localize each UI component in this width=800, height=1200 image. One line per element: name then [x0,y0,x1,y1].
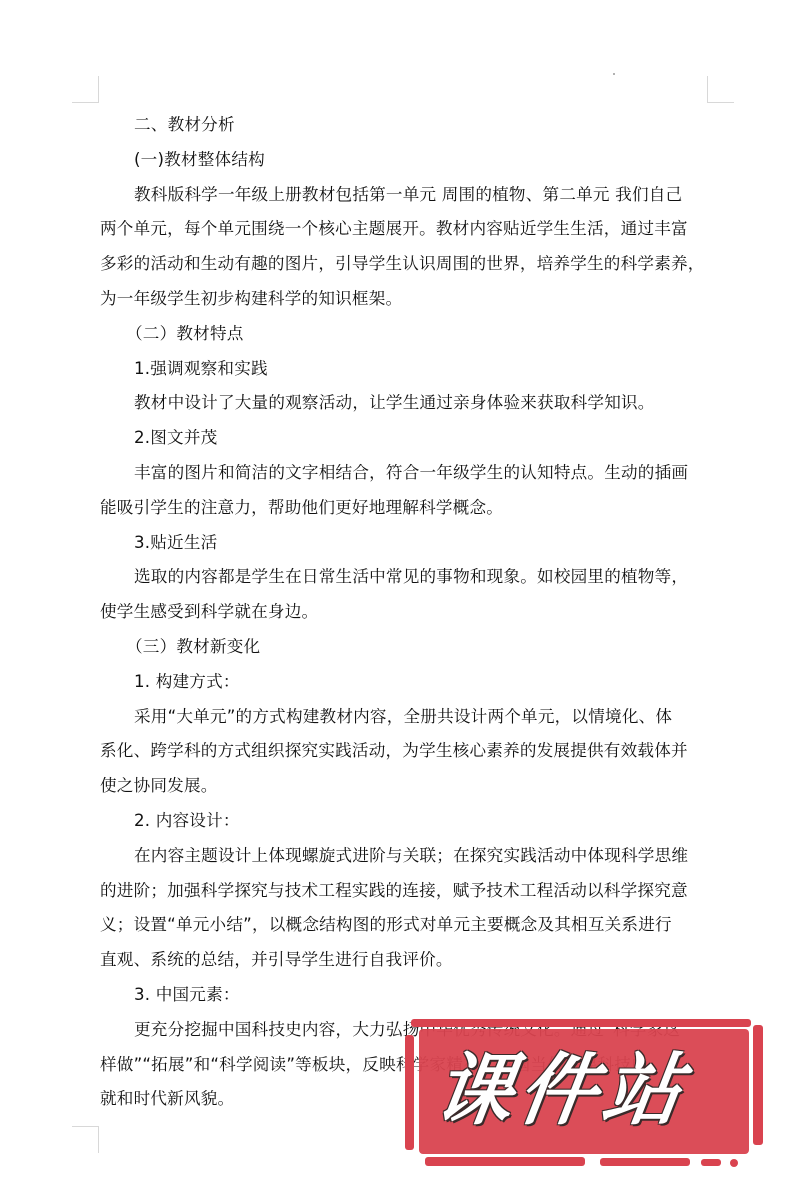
paragraph-line: 两个单元，每个单元围绕一个核心主题展开。教材内容贴近学生生活，通过丰富 [100,212,720,247]
paragraph-line: 采用“大单元”的方式构建教材内容，全册共设计两个单元，以情境化、体 [100,700,720,735]
paragraph-line: 系化、跨学科的方式组织探究实践活动，为学生核心素养的发展提供有效载体并 [100,734,720,769]
paragraph-line: 丰富的图片和简洁的文字相结合，符合一年级学生的认知特点。生动的插画 [100,456,720,491]
paragraph-line: 使之协同发展。 [100,769,720,804]
crop-mark-top-left [72,76,99,103]
item-heading: 3.贴近生活 [100,526,720,561]
paragraph-line: 为一年级学生初步构建科学的知识框架。 [100,282,720,317]
stamp-edge [425,1157,585,1166]
item-heading: 3. 中国元素： [100,978,720,1013]
paragraph-line: 能吸引学生的注意力，帮助他们更好地理解科学概念。 [100,491,720,526]
paragraph-line: 直观、系统的总结，并引导学生进行自我评价。 [100,943,720,978]
stamp-edge [730,1159,738,1167]
crop-mark-bottom-left [72,1126,99,1153]
paragraph-line: 教科版科学一年级上册教材包括第一单元 周围的植物、第二单元 我们自己 [100,178,720,213]
paragraph-line: 义；设置“单元小结”，以概念结构图的形式对单元主要概念及其相互关系进行 [100,908,720,943]
paragraph-line: 多彩的活动和生动有趣的图片，引导学生认识周围的世界，培养学生的科学素养， [100,247,720,282]
paragraph-line: 使学生感受到科学就在身边。 [100,595,720,630]
document-body: 二、教材分析 (一)教材整体结构 教科版科学一年级上册教材包括第一单元 周围的植… [100,108,720,1117]
paragraph-line: 选取的内容都是学生在日常生活中常见的事物和现象。如校园里的植物等， [100,560,720,595]
stamp-edge [411,1019,751,1027]
section-heading: 二、教材分析 [100,108,720,143]
item-heading: 1.强调观察和实践 [100,352,720,387]
item-heading: 1. 构建方式： [100,665,720,700]
paragraph-line: 教材中设计了大量的观察活动，让学生通过亲身体验来获取科学知识。 [100,386,720,421]
subsection-heading: (一)教材整体结构 [100,143,720,178]
subsection-heading: （三）教材新变化 [100,630,720,665]
item-heading: 2.图文并茂 [100,421,720,456]
subsection-heading: （二）教材特点 [100,317,720,352]
watermark-stamp: 课件站 [405,1015,765,1170]
item-heading: 2. 内容设计： [100,804,720,839]
stamp-text: 课件站 [428,1041,742,1141]
stamp-edge [701,1159,721,1166]
stamp-edge [600,1158,690,1166]
crop-mark-top-right [707,76,734,103]
paragraph-line: 的进阶；加强科学探究与技术工程实践的连接，赋予技术工程活动以科学探究意 [100,874,720,909]
paragraph-line: 在内容主题设计上体现螺旋式进阶与关联；在探究实践活动中体现科学思维 [100,839,720,874]
stamp-edge [405,1035,414,1150]
page-dot [613,73,615,75]
stamp-edge [753,1025,763,1145]
